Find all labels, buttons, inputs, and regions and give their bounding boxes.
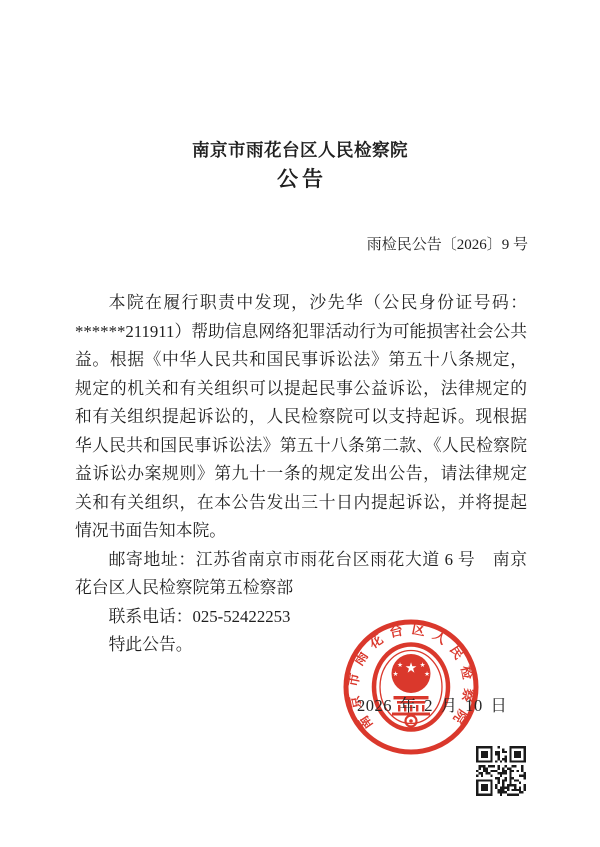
emblem-small-star-icon: ★ [393,670,399,678]
body-line: ******211911）帮助信息网络犯罪活动行为可能损害社会公共利 [75,318,527,347]
emblem-small-star-icon: ★ [420,661,426,669]
body-line: 和有关组织提起诉讼的，人民检察院可以支持起诉。现根据《中 [75,403,527,432]
issue-date: 2026 年 2 月 10 日 [357,692,507,716]
body-line: 华人民共和国民事诉讼法》第五十八条第二款、《人民检察院公 [75,432,527,461]
body-line: 本院在履行职责中发现，沙先华（公民身份证号码：342623 [75,289,527,318]
emblem-big-star-icon: ★ [405,661,418,677]
doc-number: 雨检民公告〔2026〕9 号 [75,235,528,255]
body-line: 关和有关组织，在本公告发出三十日内提起诉讼，并将提起诉讼 [75,489,527,518]
notice-heading: 公告 [0,166,600,192]
body-line: 邮寄地址：江苏省南京市雨花台区雨花大道 6 号 南京市雨 [75,546,527,575]
body-line: 益。根据《中华人民共和国民事诉讼法》第五十八条规定，法律 [75,346,527,375]
emblem-small-star-icon: ★ [424,670,430,678]
official-seal: 南京市雨花台区人民检察院 ★ ★ ★ ★ ★ [341,617,481,757]
body-line: 益诉讼办案规则》第九十一条的规定发出公告，请法律规定的机 [75,460,527,489]
body-line: 规定的机关和有关组织可以提起民事公益诉讼，法律规定的机关 [75,375,527,404]
qr-code [476,746,526,796]
body-line: 情况书面告知本院。 [75,517,527,546]
national-emblem-icon: ★ ★ ★ ★ ★ [374,645,448,730]
org-title: 南京市雨花台区人民检察院 [0,139,600,161]
notice-body: 本院在履行职责中发现，沙先华（公民身份证号码：342623******21191… [75,289,527,660]
body-line: 花台区人民检察院第五检察部 [75,574,527,603]
emblem-small-star-icon: ★ [397,661,403,669]
notice-page: 南京市雨花台区人民检察院 公告 雨检民公告〔2026〕9 号 本院在履行职责中发… [0,0,600,847]
